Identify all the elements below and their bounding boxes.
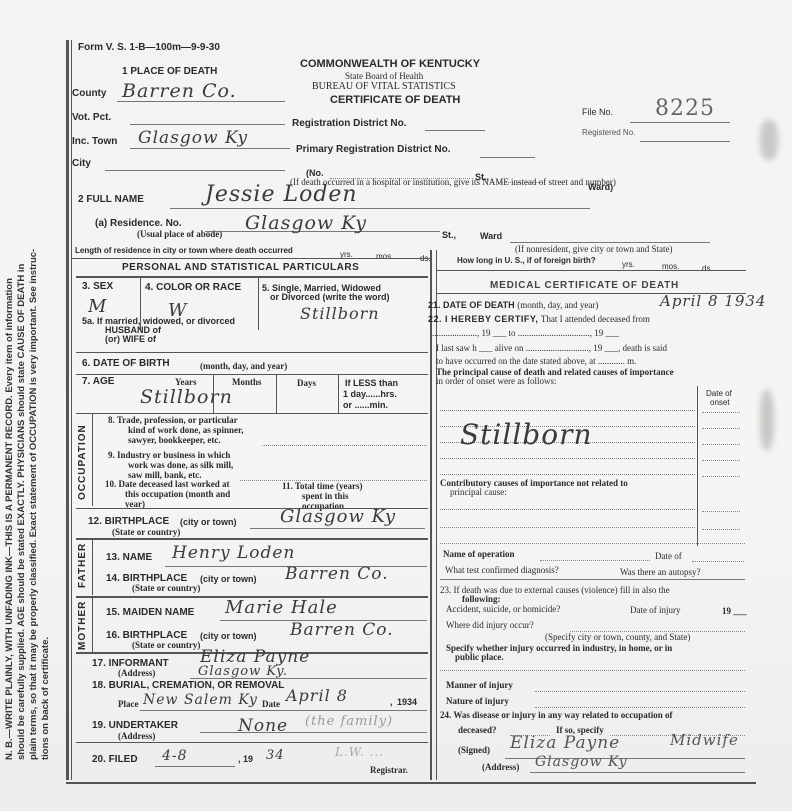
race-label: 4. COLOR OR RACE bbox=[145, 282, 241, 293]
side-note-line: N. B.—WRITE PLAINLY, WITH UNFADING INK—T… bbox=[4, 20, 16, 760]
accident-label: Accident, suicide, or homicide? bbox=[446, 604, 560, 614]
death-certificate: N. B.—WRITE PLAINLY, WITH UNFADING INK—T… bbox=[0, 0, 792, 811]
birthplace-sublabel: (city or town) bbox=[180, 517, 237, 527]
cell-divider bbox=[338, 375, 339, 413]
manner-of-injury-field[interactable] bbox=[535, 691, 745, 692]
autopsy-label: Was there an autopsy? bbox=[620, 567, 701, 577]
primary-district-field[interactable] bbox=[480, 157, 535, 158]
registration-district-field[interactable] bbox=[425, 130, 485, 131]
burial-place-label: Place bbox=[118, 699, 139, 709]
onset-line[interactable] bbox=[702, 412, 740, 413]
operation-label: Name of operation bbox=[443, 549, 515, 559]
registered-no-field[interactable] bbox=[640, 141, 730, 142]
heading-certificate: CERTIFICATE OF DEATH bbox=[330, 94, 460, 106]
onset-column-divider bbox=[697, 386, 698, 546]
divider bbox=[76, 276, 428, 278]
date-of-death-row: 21. DATE OF DEATH (month, day, and year) bbox=[428, 300, 598, 310]
trade-label-line: kind of work done, as spinner, bbox=[108, 425, 243, 435]
cause-line-5[interactable] bbox=[440, 474, 695, 475]
injury-date-label: Date of injury bbox=[630, 605, 680, 615]
contributory-line-2[interactable] bbox=[440, 527, 695, 528]
contributory-line-3[interactable] bbox=[440, 543, 745, 544]
frame-left-border-inner bbox=[71, 40, 72, 780]
burial-line bbox=[140, 710, 427, 711]
city-label: City bbox=[72, 158, 91, 169]
certify-label: 22. I HEREBY CERTIFY, bbox=[428, 314, 538, 324]
age-days-label: Days bbox=[297, 378, 316, 388]
signed-label: (Signed) bbox=[458, 745, 490, 755]
cause-line-1[interactable] bbox=[440, 410, 695, 411]
trade-label-line: 8. Trade, profession, or particular bbox=[108, 415, 243, 425]
trade-label-line: sawyer, bookkeeper, etc. bbox=[108, 435, 243, 445]
filed-date-value[interactable]: 4-8 bbox=[162, 748, 188, 764]
test-label: What test confirmed diagnosis? bbox=[445, 565, 559, 575]
physician-address-value[interactable]: Glasgow Ky bbox=[535, 754, 628, 770]
divider bbox=[76, 538, 428, 540]
mother-birthplace-sublabel-2: (State or country) bbox=[132, 640, 200, 650]
divider bbox=[76, 742, 428, 743]
residence-ward-label: Ward bbox=[480, 231, 502, 241]
burial-place-value[interactable]: New Salem Ky bbox=[143, 692, 258, 708]
onset-label: Date of bbox=[706, 389, 732, 398]
where-injury-label: Where did injury occur? bbox=[446, 620, 534, 630]
father-name-label: 13. NAME bbox=[106, 552, 152, 563]
dob-sublabel: (month, day, and year) bbox=[200, 361, 287, 371]
personal-particulars-title: PERSONAL AND STATISTICAL PARTICULARS bbox=[122, 262, 359, 273]
onset-line[interactable] bbox=[702, 428, 740, 429]
divider bbox=[76, 413, 428, 414]
file-no-line bbox=[630, 122, 730, 123]
address-line bbox=[530, 772, 745, 773]
operation-date-field[interactable] bbox=[692, 561, 744, 562]
frame-bottom-border bbox=[66, 782, 756, 784]
father-birthplace-value[interactable]: Barren Co. bbox=[285, 564, 389, 584]
mother-divider bbox=[92, 598, 93, 653]
mother-maiden-label: 15. MAIDEN NAME bbox=[106, 607, 194, 618]
inc-town-label: Inc. Town bbox=[72, 136, 117, 147]
age-value[interactable]: Stillborn bbox=[140, 386, 233, 408]
full-name-line bbox=[170, 208, 590, 209]
occupation-related-label: 24. Was disease or injury in any way rel… bbox=[440, 710, 673, 720]
birthplace-label: 12. BIRTHPLACE bbox=[88, 516, 169, 527]
where-injury-sublabel: (Specify city or town, county, and State… bbox=[545, 632, 690, 642]
total-time-label-line: spent in this bbox=[282, 491, 363, 501]
filed-label: 20. FILED bbox=[92, 754, 138, 765]
onset-line[interactable] bbox=[702, 476, 740, 477]
nature-of-injury-label: Nature of injury bbox=[446, 696, 509, 706]
primary-district-label: Primary Registration District No. bbox=[296, 144, 450, 155]
full-name-label: 2 FULL NAME bbox=[78, 194, 144, 205]
birthplace-sublabel-2: (State or country) bbox=[112, 527, 180, 537]
last-worked-label: 10. Date deceased last worked at this oc… bbox=[105, 479, 230, 509]
length-mos-label: mos. bbox=[376, 252, 393, 261]
divider bbox=[440, 579, 745, 580]
undertaker-note: (the family) bbox=[305, 714, 393, 729]
occupation-divider bbox=[92, 414, 93, 506]
us-ds-label: ds. bbox=[702, 264, 713, 273]
residence-st-label: St., bbox=[442, 230, 456, 240]
form-number: Form V. S. 1-B—100m—9-9-30 bbox=[78, 42, 220, 53]
cell-divider bbox=[276, 375, 277, 413]
last-worked-label-line: 10. Date deceased last worked at bbox=[105, 479, 230, 489]
undertaker-value[interactable]: None bbox=[238, 716, 288, 736]
total-time-label-line: 11. Total time (years) bbox=[282, 481, 363, 491]
onset-line[interactable] bbox=[702, 460, 740, 461]
vot-pct-field[interactable] bbox=[130, 124, 285, 125]
father-name-value[interactable]: Henry Loden bbox=[172, 543, 295, 563]
signed-title-value[interactable]: Midwife bbox=[670, 731, 739, 749]
burial-label: 18. BURIAL, CREMATION, OR REMOVAL bbox=[92, 680, 284, 691]
injury-year[interactable]: 19 ___ bbox=[722, 606, 747, 616]
father-birthplace-sublabel-2: (State or country) bbox=[132, 583, 200, 593]
place-of-death-title: 1 PLACE OF DEATH bbox=[122, 66, 217, 77]
mother-maiden-value[interactable]: Marie Hale bbox=[225, 597, 338, 618]
file-no-value[interactable]: 8225 bbox=[655, 96, 715, 121]
marital-value[interactable]: Stillborn bbox=[300, 304, 380, 323]
paper-stain bbox=[760, 390, 774, 450]
father-divider bbox=[92, 540, 93, 595]
onset-label-2: onset bbox=[710, 398, 730, 407]
heading-commonwealth: COMMONWEALTH OF KENTUCKY bbox=[300, 58, 480, 70]
residence-label: (a) Residence. No. bbox=[95, 218, 182, 229]
heading-board: State Board of Health bbox=[345, 71, 423, 81]
contributory-label-2: principal cause: bbox=[450, 487, 507, 497]
divider bbox=[72, 258, 432, 259]
industry-label-line: 9. Industry or business in which bbox=[108, 450, 233, 460]
divider bbox=[76, 352, 428, 353]
certify-text: That I attended deceased from bbox=[541, 314, 650, 324]
date-of-death-value[interactable]: April 8 1934 bbox=[660, 292, 766, 310]
last-worked-label-line: this occupation (month and bbox=[105, 489, 230, 499]
filed-year-value[interactable]: 34 bbox=[266, 748, 285, 763]
less-min-label: or ......min. bbox=[343, 400, 388, 410]
certify-row: 22. I HEREBY CERTIFY, That I attended de… bbox=[428, 314, 650, 324]
trade-field[interactable] bbox=[262, 445, 427, 446]
less-hrs-label: 1 day......hrs. bbox=[343, 389, 397, 399]
us-residence-label: How long in U. S., if of foreign birth? bbox=[457, 256, 596, 265]
cause-line-4[interactable] bbox=[440, 458, 695, 459]
registrar-label: Registrar. bbox=[370, 765, 408, 775]
filed-year-prefix: , 19 bbox=[238, 754, 253, 764]
nature-of-injury-field[interactable] bbox=[535, 707, 745, 708]
date-of-death-sublabel: (month, day, and year) bbox=[517, 300, 598, 310]
onset-line[interactable] bbox=[702, 444, 740, 445]
manner-of-injury-label: Manner of injury bbox=[446, 680, 513, 690]
heading-bureau: BUREAU OF VITAL STATISTICS bbox=[312, 81, 456, 92]
mother-vertical-label: MOTHER bbox=[77, 601, 88, 650]
mother-birthplace-value[interactable]: Barren Co. bbox=[290, 620, 394, 640]
frame-left-border bbox=[66, 40, 69, 780]
divider bbox=[76, 374, 428, 375]
file-no-label: File No. bbox=[582, 107, 613, 117]
less-than-label: If LESS than bbox=[345, 378, 398, 388]
informant-address-label: (Address) bbox=[118, 668, 155, 678]
length-of-residence-label: Length of residence in city or town wher… bbox=[75, 246, 293, 255]
age-label: 7. AGE bbox=[82, 376, 114, 387]
industry-label-line: work was done, as silk mill, bbox=[108, 460, 233, 470]
last-saw-alive[interactable]: I last saw h ___ alive on ..............… bbox=[436, 343, 667, 353]
side-note-line: plain terms, so that it may be properly … bbox=[28, 20, 40, 760]
medical-certificate-title: MEDICAL CERTIFICATE OF DEATH bbox=[490, 280, 679, 291]
specify-location-field[interactable] bbox=[440, 670, 745, 671]
full-name-value[interactable]: Jessie Loden bbox=[205, 182, 358, 207]
nonresident-note: (If nonresident, give city or town and S… bbox=[515, 244, 672, 254]
informant-line bbox=[190, 678, 427, 679]
operation-date-label: Date of bbox=[655, 551, 682, 561]
registered-no-label: Registered No. bbox=[582, 128, 635, 137]
city-field[interactable] bbox=[105, 170, 285, 171]
dob-label: 6. DATE OF BIRTH bbox=[82, 358, 170, 369]
us-yrs-label: yrs. bbox=[622, 260, 635, 269]
residence-ward-field[interactable] bbox=[510, 242, 710, 243]
side-instruction-note: N. B.—WRITE PLAINLY, WITH UNFADING INK—T… bbox=[4, 20, 52, 760]
inc-town-value[interactable]: Glasgow Ky bbox=[138, 128, 248, 148]
birthplace-value[interactable]: Glasgow Ky bbox=[280, 506, 396, 527]
cell-divider bbox=[258, 278, 259, 330]
occupation-related-label-2: deceased? bbox=[458, 725, 497, 735]
signed-value[interactable]: Eliza Payne bbox=[510, 733, 620, 753]
divider bbox=[436, 270, 746, 271]
undertaker-address-label: (Address) bbox=[118, 731, 155, 741]
burial-year-value[interactable]: 1934 bbox=[397, 697, 417, 707]
wife-label: (or) WIFE of bbox=[105, 334, 156, 344]
burial-year-separator: , bbox=[390, 697, 393, 707]
specify-location-label-2: public place. bbox=[455, 652, 504, 662]
contributory-line-1[interactable] bbox=[440, 509, 695, 510]
attended-from-to[interactable]: ...................., 19 ___ to ........… bbox=[432, 328, 619, 338]
external-causes-label-2: following: bbox=[462, 594, 501, 604]
age-months-label: Months bbox=[232, 377, 262, 387]
principal-cause-value[interactable]: Stillborn bbox=[460, 418, 593, 451]
residence-value[interactable]: Glasgow Ky bbox=[245, 212, 367, 234]
birthplace-line bbox=[250, 528, 425, 529]
trade-label: 8. Trade, profession, or particular kind… bbox=[108, 415, 243, 445]
industry-label: 9. Industry or business in which work wa… bbox=[108, 450, 233, 480]
marital-label-2: or Divorced (write the word) bbox=[270, 292, 390, 302]
occupation-vertical-label: OCCUPATION bbox=[77, 424, 88, 500]
county-label: County bbox=[72, 88, 106, 99]
onset-line[interactable] bbox=[702, 511, 740, 512]
registration-district-label: Registration District No. bbox=[292, 118, 406, 129]
sex-label: 3. SEX bbox=[82, 281, 113, 292]
inc-town-line bbox=[130, 148, 290, 149]
paper-stain bbox=[760, 120, 778, 160]
registrar-signature: L.W. ... bbox=[335, 745, 384, 759]
undertaker-label: 19. UNDERTAKER bbox=[92, 720, 178, 731]
side-note-line: tions on back of certificate. bbox=[40, 20, 52, 760]
date-of-death-label: 21. DATE OF DEATH bbox=[428, 300, 515, 310]
undertaker-line bbox=[200, 732, 427, 733]
operation-field[interactable] bbox=[540, 560, 650, 561]
physician-address-label: (Address) bbox=[482, 762, 519, 772]
time-of-death[interactable]: to have occurred on the date stated abov… bbox=[436, 356, 636, 366]
father-vertical-label: FATHER bbox=[77, 543, 88, 588]
filed-date-line bbox=[155, 766, 235, 767]
informant-address-value[interactable]: Glasgow Ky. bbox=[198, 664, 288, 679]
burial-date-value[interactable]: April 8 bbox=[286, 686, 348, 705]
onset-line[interactable] bbox=[702, 529, 740, 530]
father-birthplace-sublabel: (city or town) bbox=[200, 574, 257, 584]
burial-date-label: Date bbox=[262, 699, 280, 709]
side-note-line: should be carefully supplied. AGE should… bbox=[16, 20, 28, 760]
county-value[interactable]: Barren Co. bbox=[122, 80, 237, 102]
principal-cause-label-2: in order of onset were as follows: bbox=[436, 376, 556, 386]
sex-value[interactable]: M bbox=[88, 296, 107, 317]
mother-birthplace-sublabel: (city or town) bbox=[200, 631, 257, 641]
vot-pct-label: Vot. Pct. bbox=[72, 112, 111, 123]
